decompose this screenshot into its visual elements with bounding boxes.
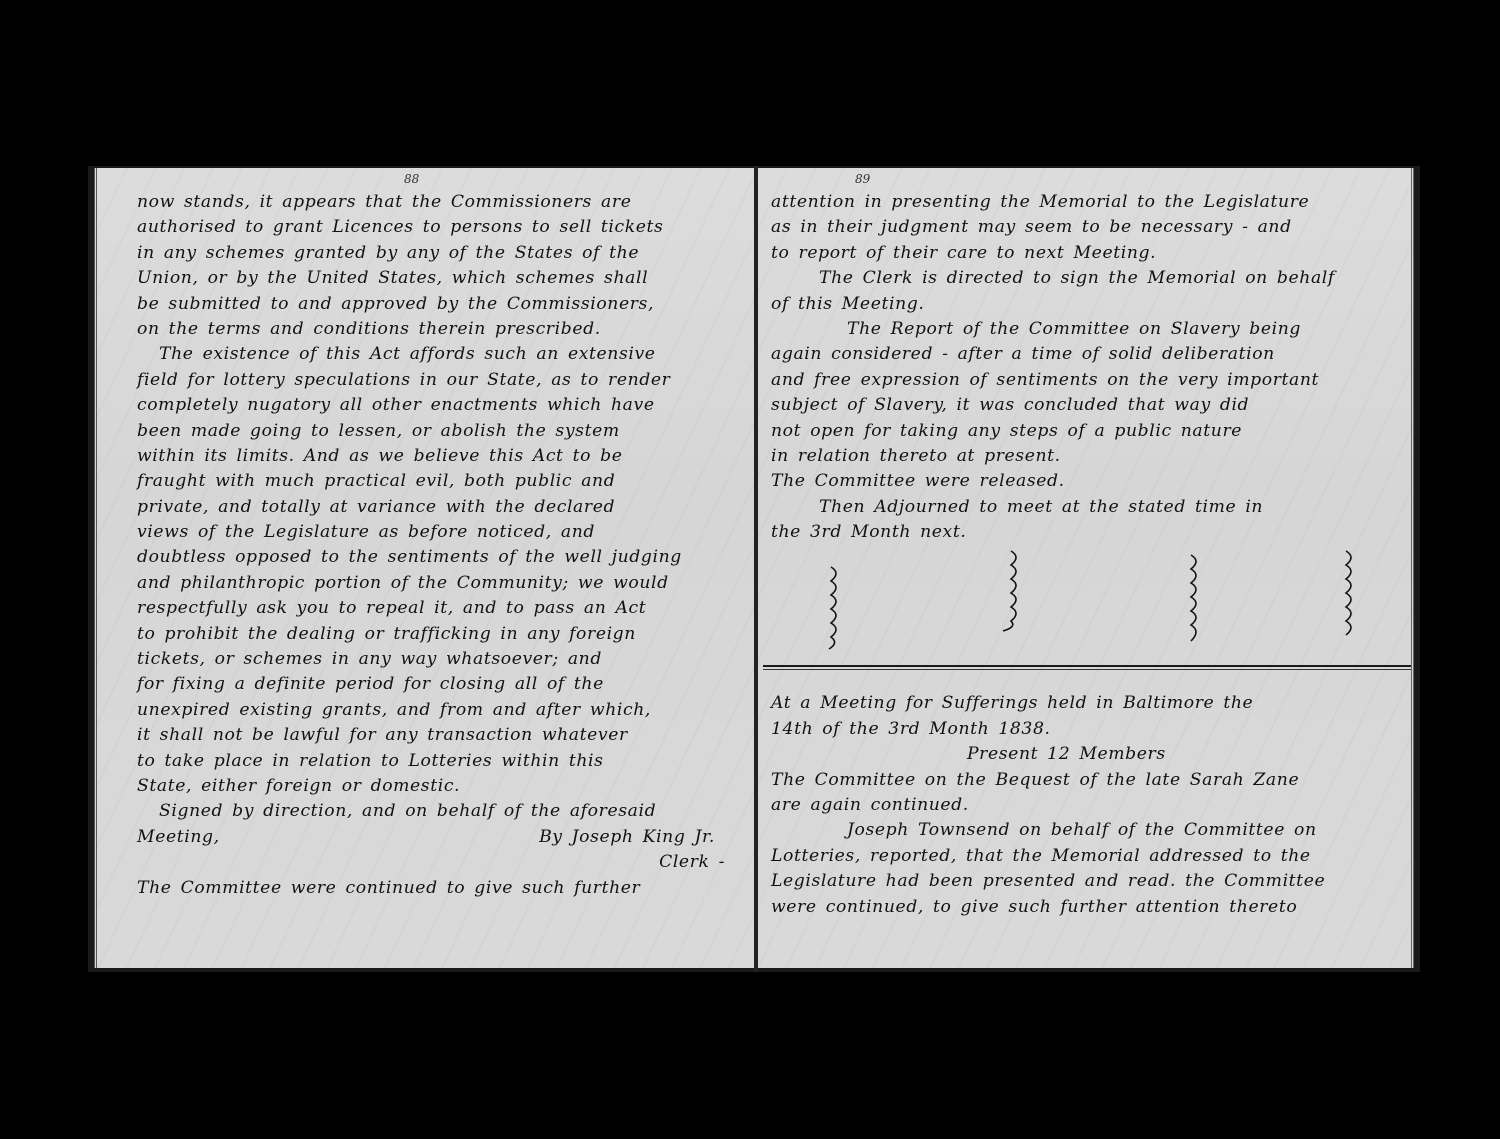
text-line: fraught with much practical evil, both p…: [97, 469, 755, 494]
text-line: again considered - after a time of solid…: [757, 342, 1411, 367]
text-line: for fixing a definite period for closing…: [97, 672, 755, 697]
text-line: in any schemes granted by any of the Sta…: [97, 241, 755, 266]
text-line: The Committee were released.: [757, 469, 1411, 494]
flourish-icon: [1177, 551, 1207, 661]
text-line: The Report of the Committee on Slavery b…: [757, 317, 1411, 342]
right-page: 89 attention in presenting the Memorial …: [757, 168, 1414, 968]
text-line: Joseph Townsend on behalf of the Committ…: [757, 818, 1411, 843]
signature-title: Clerk -: [97, 850, 755, 875]
flourish-icon: [817, 563, 847, 673]
text-line: Union, or by the United States, which sc…: [97, 266, 755, 291]
text-line: doubtless opposed to the sentiments of t…: [97, 545, 755, 570]
text-line: completely nugatory all other enactments…: [97, 393, 755, 418]
text-line: now stands, it appears that the Commissi…: [97, 190, 755, 215]
text-line: The Committee on the Bequest of the late…: [757, 768, 1411, 793]
text-line: been made going to lessen, or abolish th…: [97, 419, 755, 444]
text-line: to prohibit the dealing or trafficking i…: [97, 622, 755, 647]
text-line: are again continued.: [757, 793, 1411, 818]
text-line: to take place in relation to Lotteries w…: [97, 749, 755, 774]
flourish-icon: [997, 547, 1027, 657]
text-line: as in their judgment may seem to be nece…: [757, 215, 1411, 240]
text-line: State, either foreign or domestic.: [97, 774, 755, 799]
text-line: within its limits. And as we believe thi…: [97, 444, 755, 469]
text-line: were continued, to give such further att…: [757, 895, 1411, 920]
text-line: respectfully ask you to repeal it, and t…: [97, 596, 755, 621]
text-line: The existence of this Act affords such a…: [97, 342, 755, 367]
text-line: and free expression of sentiments on the…: [757, 368, 1411, 393]
text-line: field for lottery speculations in our St…: [97, 368, 755, 393]
page-number: 88: [404, 172, 419, 186]
text-line: and philanthropic portion of the Communi…: [97, 571, 755, 596]
text-line: subject of Slavery, it was concluded tha…: [757, 393, 1411, 418]
scan-frame: 88 now stands, it appears that the Commi…: [0, 0, 1500, 1139]
text-line: views of the Legislature as before notic…: [97, 520, 755, 545]
text-line: Then Adjourned to meet at the stated tim…: [757, 495, 1411, 520]
text-line: of this Meeting.: [757, 292, 1411, 317]
text-line: to report of their care to next Meeting.: [757, 241, 1411, 266]
text-line: on the terms and conditions therein pres…: [97, 317, 755, 342]
text-line: in relation thereto at present.: [757, 444, 1411, 469]
text-line: authorised to grant Licences to persons …: [97, 215, 755, 240]
left-page: 88 now stands, it appears that the Commi…: [94, 168, 755, 968]
text-line: unexpired existing grants, and from and …: [97, 698, 755, 723]
section-divider: [757, 665, 1411, 691]
text-line: Legislature had been presented and read.…: [757, 869, 1411, 894]
ledger-spread: 88 now stands, it appears that the Commi…: [88, 166, 1420, 972]
text-line: Present 12 Members: [757, 742, 1411, 767]
book-gutter: [754, 166, 758, 972]
text-line: At a Meeting for Sufferings held in Balt…: [757, 691, 1411, 716]
left-page-text: now stands, it appears that the Commissi…: [97, 190, 755, 901]
text-line: tickets, or schemes in any way whatsoeve…: [97, 647, 755, 672]
text-line: private, and totally at variance with th…: [97, 495, 755, 520]
text-line: the 3rd Month next.: [757, 520, 1411, 545]
right-page-text: attention in presenting the Memorial to …: [757, 190, 1411, 920]
text-line: it shall not be lawful for any transacti…: [97, 723, 755, 748]
text-line: be submitted to and approved by the Comm…: [97, 292, 755, 317]
page-number: 89: [855, 172, 870, 186]
flourish-icon: [1332, 547, 1362, 657]
text-line: 14th of the 3rd Month 1838.: [757, 717, 1411, 742]
text-line: not open for taking any steps of a publi…: [757, 419, 1411, 444]
text-line: Signed by direction, and on behalf of th…: [97, 799, 755, 824]
text-line: attention in presenting the Memorial to …: [757, 190, 1411, 215]
text-line: Lotteries, reported, that the Memorial a…: [757, 844, 1411, 869]
double-rule: [763, 665, 1411, 670]
text-line: The Clerk is directed to sign the Memori…: [757, 266, 1411, 291]
text-line: The Committee were continued to give suc…: [97, 876, 755, 901]
decorative-flourishes: [757, 545, 1411, 665]
